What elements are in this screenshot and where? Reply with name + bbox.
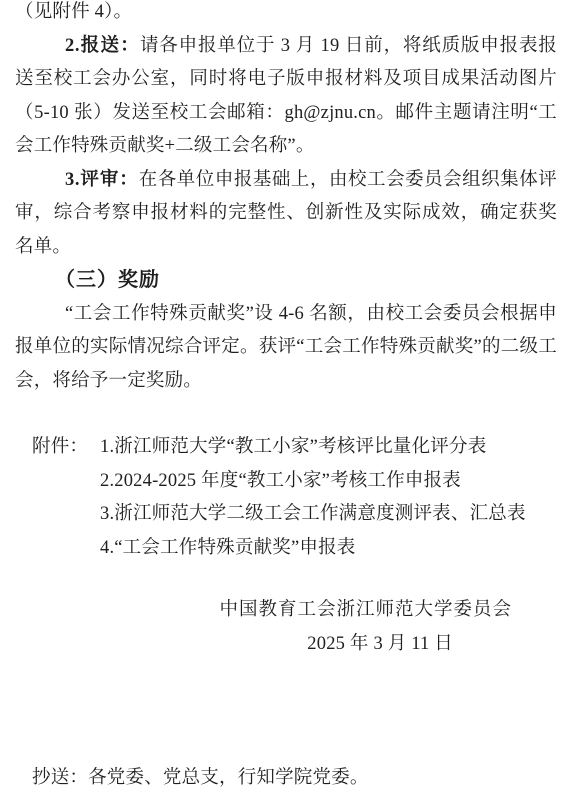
body-paragraph: “工会工作特殊贡献奖”设 4-6 名额，由校工会委员会根据申报单位的实际情况综合… — [15, 298, 557, 399]
attachment-item: 1.浙江师范大学“教工小家”考核评比量化评分表 — [100, 431, 557, 465]
attachments-block: 附件： 1.浙江师范大学“教工小家”考核评比量化评分表2.2024-2025 年… — [15, 431, 557, 565]
body-paragraph: （见附件 4）。 — [15, 0, 557, 30]
cc-line: 抄送：各党委、党总支，行知学院党委。 — [32, 762, 557, 796]
attachment-item: 2.2024-2025 年度“教工小家”考核工作申报表 — [100, 465, 557, 499]
paragraph-lead-bold: 3.评审： — [65, 170, 139, 190]
attachment-item: 3.浙江师范大学二级工会工作满意度测评表、汇总表 — [100, 498, 557, 532]
attachment-item: 4.“工会工作特殊贡献奖”申报表 — [100, 532, 557, 566]
attachments-list: 1.浙江师范大学“教工小家”考核评比量化评分表2.2024-2025 年度“教工… — [100, 431, 557, 565]
section-heading: （三）奖励 — [15, 264, 557, 298]
body-paragraph: 2.报送：请各申报单位于 3 月 19 日前，将纸质版申报表报送至校工会办公室，… — [15, 30, 557, 164]
signature-organization: 中国教育工会浙江师范大学委员会 — [15, 594, 512, 628]
notice-document: （见附件 4）。2.报送：请各申报单位于 3 月 19 日前，将纸质版申报表报送… — [0, 0, 568, 803]
paragraph-lead-bold: 2.报送： — [65, 36, 140, 56]
document-page: { "page": { "background_color": "#ffffff… — [0, 0, 568, 807]
attachments-label: 附件： — [32, 431, 100, 465]
body-paragraph: 3.评审：在各单位申报基础上，由校工会委员会组织集体评审，综合考察申报材料的完整… — [15, 164, 557, 265]
document-body: （见附件 4）。2.报送：请各申报单位于 3 月 19 日前，将纸质版申报表报送… — [15, 0, 557, 398]
signature-date: 2025 年 3 月 11 日 — [15, 628, 453, 662]
